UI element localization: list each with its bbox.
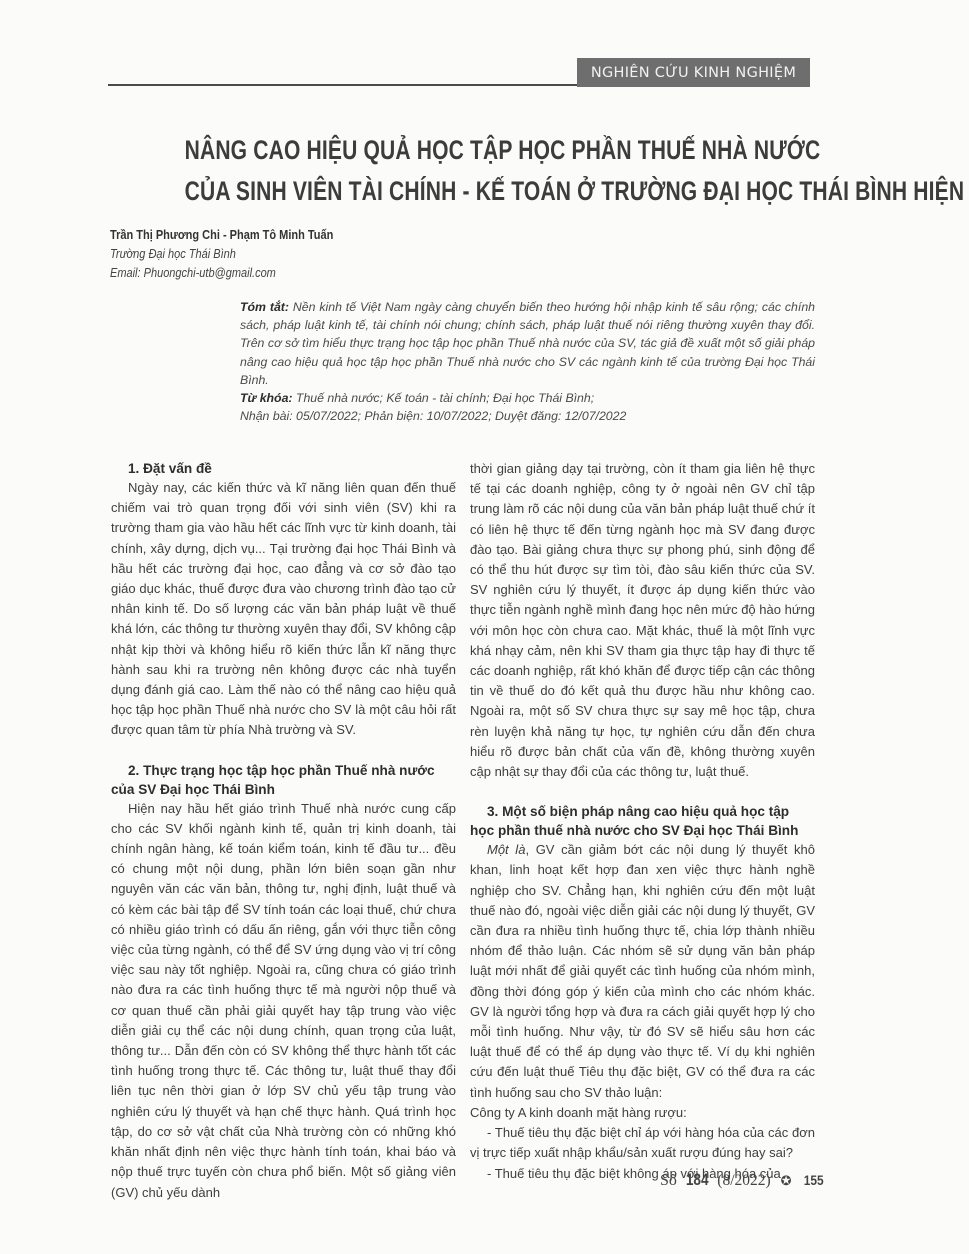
author-affiliation: Trường Đại học Thái Bình — [110, 245, 333, 264]
issue-prefix: Số — [660, 1172, 677, 1190]
abstract: Tóm tắt: Nền kinh tế Việt Nam ngày càng … — [240, 298, 815, 389]
section-3-lead: Một là — [487, 842, 525, 857]
author-email: Email: Phuongchi-utb@gmail.com — [110, 264, 333, 283]
page-number: 155 — [803, 1172, 823, 1188]
section-2-paragraph-continued: thời gian giảng dạy tại trường, còn ít t… — [470, 459, 815, 782]
section-badge: NGHIÊN CỨU KINH NGHIỆM — [577, 58, 810, 87]
left-column: 1. Đặt vấn đề Ngày nay, các kiến thức và… — [111, 459, 456, 1203]
example-item-1: - Thuế tiêu thụ đặc biệt chỉ áp với hàng… — [470, 1123, 815, 1163]
article-dates: Nhận bài: 05/07/2022; Phản biện: 10/07/2… — [240, 407, 815, 425]
right-column: thời gian giảng dạy tại trường, còn ít t… — [470, 459, 815, 1184]
section-2-paragraph: Hiện nay hầu hết giáo trình Thuế nhà nướ… — [111, 799, 456, 1203]
header-rule — [108, 84, 578, 86]
section-1-paragraph: Ngày nay, các kiến thức và kĩ năng liên … — [111, 478, 456, 741]
abstract-label: Tóm tắt: — [240, 300, 289, 314]
section-3-text: , GV cần giảm bớt các nội dung lý thuyết… — [470, 842, 815, 1099]
abstract-block: Tóm tắt: Nền kinh tế Việt Nam ngày càng … — [240, 298, 815, 425]
article-title: NÂNG CAO HIỆU QUẢ HỌC TẬP HỌC PHẦN THUẾ … — [185, 130, 785, 212]
section-1-heading: 1. Đặt vấn đề — [111, 459, 456, 478]
keywords: Từ khóa: Thuế nhà nước; Kế toán - tài ch… — [240, 389, 815, 407]
section-3-heading: 3. Một số biện pháp nâng cao hiệu quả họ… — [470, 802, 815, 840]
example-intro: Công ty A kinh doanh mặt hàng rượu: — [470, 1103, 815, 1123]
keywords-label: Từ khóa: — [240, 391, 293, 405]
keywords-text: Thuế nhà nước; Kế toán - tài chính; Đại … — [293, 391, 595, 405]
star-separator-icon: ✪ — [781, 1173, 792, 1189]
section-label: NGHIÊN CỨU KINH NGHIỆM — [591, 65, 796, 81]
section-3-paragraph: Một là, GV cần giảm bớt các nội dung lý … — [470, 840, 815, 1103]
author-names: Trần Thị Phương Chi - Phạm Tô Minh Tuấn — [110, 226, 333, 245]
issue-number: 184 — [686, 1170, 709, 1190]
abstract-text: Nền kinh tế Việt Nam ngày càng chuyển bi… — [240, 300, 815, 387]
page-footer: Số 184 (8/2022) ✪ 155 — [660, 1170, 825, 1190]
author-block: Trần Thị Phương Chi - Phạm Tô Minh Tuấn … — [110, 226, 364, 283]
issue-date: (8/2022) — [717, 1172, 770, 1190]
section-2-heading: 2. Thực trạng học tập học phần Thuế nhà … — [111, 761, 456, 799]
title-line-1: NÂNG CAO HIỆU QUẢ HỌC TẬP HỌC PHẦN THUẾ … — [185, 130, 785, 171]
title-line-2: CỦA SINH VIÊN TÀI CHÍNH - KẾ TOÁN Ở TRƯỜ… — [185, 171, 785, 212]
